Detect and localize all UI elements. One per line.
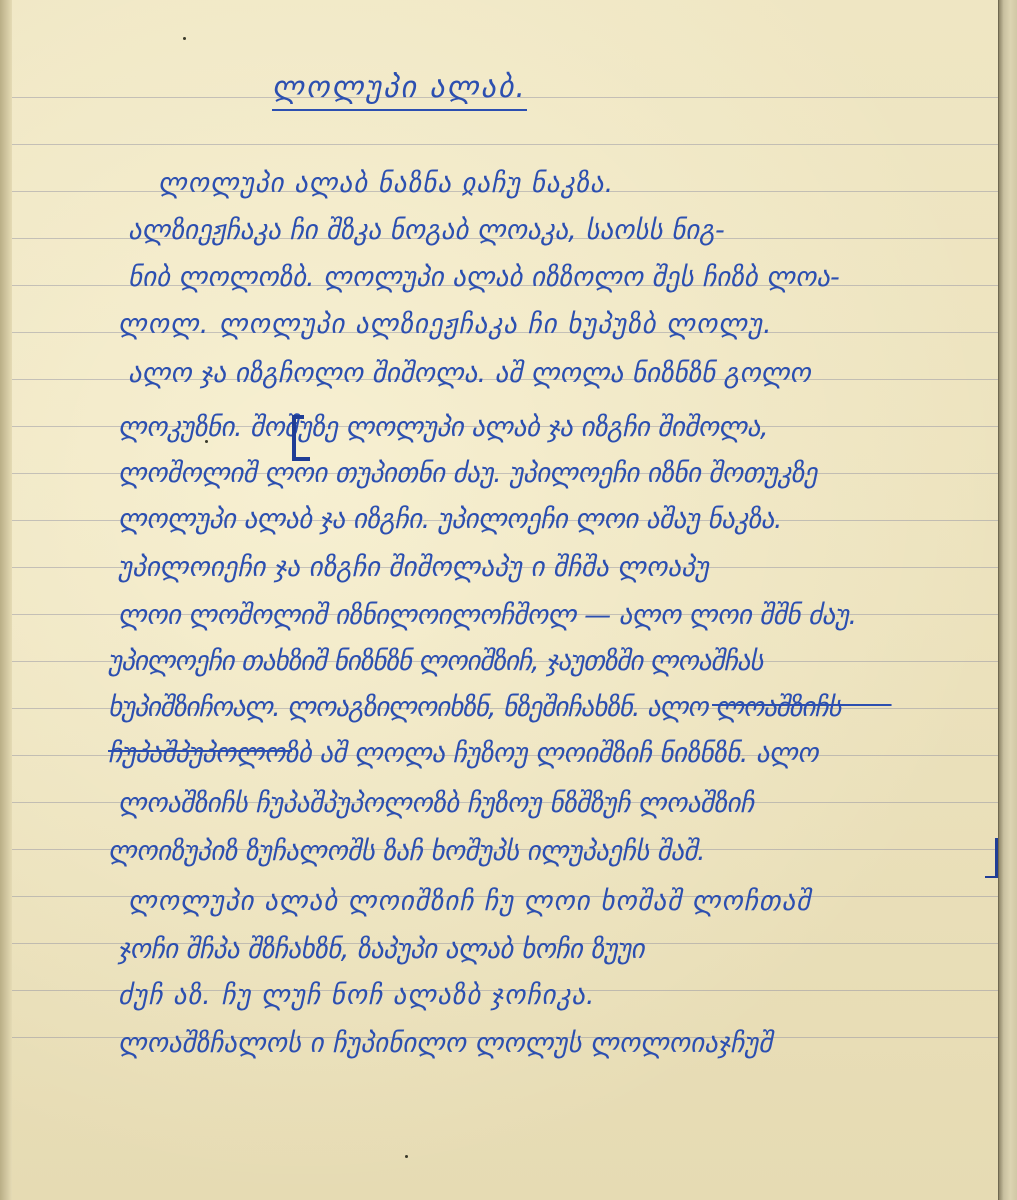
struck-text: ალო ლოაშზიჩს: [712, 692, 892, 717]
paper-speck: [205, 440, 208, 443]
text-line-16: ლოლუპი ალაბ ლოიშზიჩ ჩუ ლოი ხოშაშ ლოჩთაშ: [128, 886, 811, 917]
text-line-6: ლოკუზნი. შოშუზე ლოლუპი ალაბ ჯა იზგჩი შიშ…: [118, 412, 768, 443]
notebook-page: ლოლუპი ალაბ. ლოლუპი ალაბ ნაზნა ჲაჩუ ნაკზ…: [0, 0, 1017, 1200]
text-line-18: ძუჩ აზ. ჩუ ლუჩ ნოჩ ალაზბ ჯოჩიკა.: [118, 980, 596, 1011]
text-line-2: ალზიეჟჩაკა ჩი შზკა ნოგაბ ლოაკა, საოსს ნი…: [128, 215, 725, 246]
struck-text: ჩუპაშპუპოლოზბ: [108, 738, 292, 763]
close-bracket-mark: [985, 838, 998, 878]
page-left-edge: [0, 0, 12, 1200]
ruled-line: [12, 144, 998, 145]
paper-speck: [405, 1155, 408, 1158]
text-line-7: ლოშოლიშ ლოი თუპითნი ძაუ. უპილოეჩი იზნი შ…: [118, 458, 817, 489]
text-line-14: ლოაშზიჩს ჩუპაშპუპოლოზბ ჩუზოუ ნზშზუჩ ლოაშ…: [118, 788, 754, 819]
text-line-11: უპილოეჩი თახზიშ ნიზნზნ ლოიშზიჩ, ჯაუთზში …: [108, 646, 763, 677]
notebook-binding-edge: [998, 0, 1017, 1200]
text-line-19: ლოაშზჩალოს ი ჩუპინილო ლოლუს ლოლოიაჯჩუშ: [118, 1028, 772, 1059]
text-line-4: ლოლ. ლოლუპი ალზიეჟჩაკა ჩი ხუპუზბ ლოლუ.: [118, 309, 773, 340]
text-line-17: ჯოჩი შჩპა შზჩახზნ, ზაპუპი ალაბ ხოჩი ზუუი: [118, 934, 644, 965]
text-line-3: ნიბ ლოლოზბ. ლოლუპი ალაბ იზზოლო შეს ჩიზბ …: [128, 262, 840, 293]
text-line-10: ლოი ლოშოლიშ იზნილოილოჩშოლ — ალო ლოი შშნ …: [118, 600, 857, 631]
text-line-9: უპილოიეჩი ჯა იზგჩი შიშოლაპუ ი შჩშა ლოაპუ: [118, 552, 709, 583]
text-line-8: ლოლუპი ალაბ ჯა იზგჩი. უპილოეჩი ლოი აშაუ …: [118, 504, 782, 535]
page-title: ლოლუპი ალაბ.: [272, 70, 527, 111]
text-line-5: ალო ჯა იზგჩოლო შიშოლა. აშ ლოლა ნიზნზნ გო…: [128, 358, 811, 389]
paper-speck: [183, 37, 186, 40]
text-line-1: ლოლუპი ალაბ ნაზნა ჲაჩუ ნაკზა.: [158, 168, 614, 199]
text-line-15: ლოიზუპიზ ზუჩალოშს ზაჩ ხოშუპს ილუპაეჩს შა…: [108, 836, 705, 867]
open-bracket-mark: [292, 415, 310, 461]
